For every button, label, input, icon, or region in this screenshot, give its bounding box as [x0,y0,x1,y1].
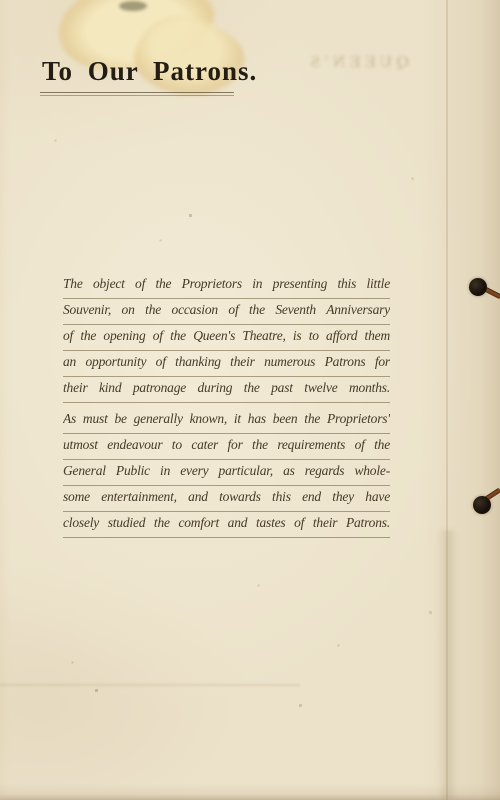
text-line: some entertainment, and towards this end… [63,486,390,512]
binding-hole [473,496,491,514]
paper-crease-vertical [446,0,448,800]
ink-smudge [119,1,147,11]
scanned-programme-page: QUEEN'S To Our Patrons. The object of th… [0,0,500,800]
paragraph-2: As must be generally known, it has been … [63,408,390,538]
paper-crease-band [438,530,458,800]
illegible-show-through-text: QUEEN'S [288,52,428,72]
paper-crease-horizontal [0,684,300,686]
paragraph-1: The object of the Proprietors in present… [63,273,390,403]
text-line: utmost endeavour to cater for the requir… [63,434,390,460]
text-line: General Public in every particular, as r… [63,460,390,486]
text-line: Souvenir, on the occasion of the Seventh… [63,299,390,325]
text-line: an opportunity of thanking their numerou… [63,351,390,377]
title-double-rule [40,92,234,96]
text-line: closely studied the comfort and tastes o… [63,512,390,538]
foxing-speckles [0,0,1,1]
text-line: their kind patronage during the past twe… [63,377,390,403]
binding-hole [469,278,487,296]
text-line: The object of the Proprietors in present… [63,273,390,299]
page-title: To Our Patrons. [42,56,257,87]
text-line: of the opening of the Queen's Theatre, i… [63,325,390,351]
text-line: As must be generally known, it has been … [63,408,390,434]
